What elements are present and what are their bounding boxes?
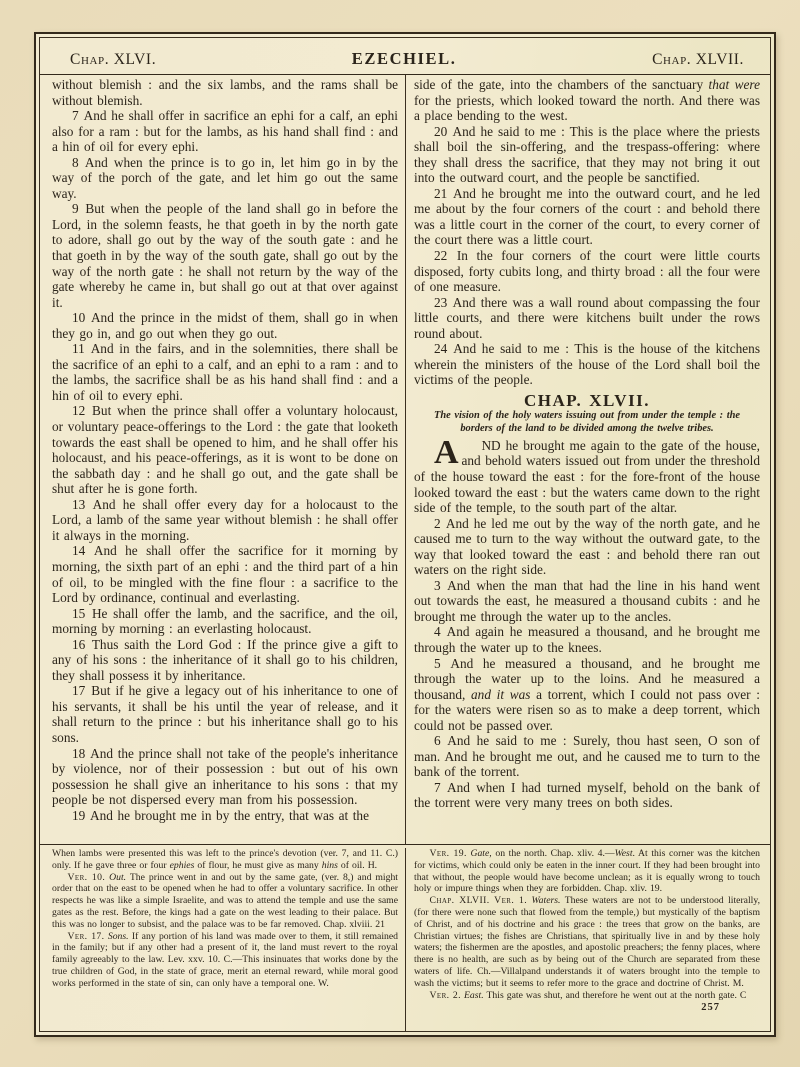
verse-number: 4 (434, 624, 442, 639)
verse-number: 16 (72, 637, 86, 652)
running-header: Chap. XLVI. EZECHIEL. Chap. XLVII. (40, 38, 770, 75)
verse-number: 13 (72, 497, 86, 512)
verse: 17 But if he give a legacy out of his in… (52, 683, 398, 745)
footnote: Ver. 2. East. This gate was shut, and th… (414, 990, 760, 1002)
header-chapter-right: Chap. XLVII. (652, 51, 744, 69)
footnote-verse-label: Ver. 2. (430, 990, 461, 1001)
verse: 24 And he said to me : This is the house… (414, 341, 760, 388)
verse: without blemish : and the six lambs, and… (52, 77, 398, 108)
verse-number: 3 (434, 578, 442, 593)
verse-number: 5 (434, 656, 442, 671)
verse-number: 19 (72, 808, 86, 823)
verse: side of the gate, into the chambers of t… (414, 77, 760, 124)
verse: 11 And in the fairs, and in the solemnit… (52, 341, 398, 403)
verse-number: 12 (72, 403, 86, 418)
verse-number: 18 (72, 746, 86, 761)
chapter-argument: The vision of the holy waters issuing ou… (420, 410, 754, 434)
verse-number: 17 (72, 683, 86, 698)
verse: 7 And when I had turned myself, behold o… (414, 780, 760, 811)
footnote-term: Waters. (531, 895, 560, 906)
chapter-heading: CHAP. XLVII. (414, 393, 760, 409)
footnotes-right-column: Ver. 19. Gate, on the north. Chap. xliv.… (405, 848, 760, 1031)
verse: 22 In the four corners of the court were… (414, 248, 760, 295)
footnotes-right-list: Ver. 19. Gate, on the north. Chap. xliv.… (414, 848, 760, 1001)
footnote-verse-label: Ver. 10. (68, 872, 106, 883)
footnote: Ver. 17. Sons. If any portion of his lan… (52, 931, 398, 990)
verse: 13 And he shall offer every day for a ho… (52, 497, 398, 544)
verse-number: 6 (434, 733, 442, 748)
right-column-verses-ch47: AND he brought me again to the gate of t… (414, 438, 760, 811)
footnote: Ver. 10. Out. The prince went in and out… (52, 872, 398, 931)
verse: 4 And again he measured a thousand, and … (414, 624, 760, 655)
verse-number: 23 (434, 295, 448, 310)
verse-number: 7 (434, 780, 442, 795)
footnote-verse-label: Chap. XLVII. Ver. 1. (430, 895, 528, 906)
verse: 15 He shall offer the lamb, and the sacr… (52, 606, 398, 637)
footnote-term: Out. (109, 872, 126, 883)
footnote-term: Gate, (470, 848, 491, 859)
drop-cap: A (414, 438, 462, 466)
page-number: 257 (414, 1002, 760, 1013)
footnote-term: Sons. (108, 931, 129, 942)
footnote-verse-label: Ver. 19. (430, 848, 467, 859)
verse: 19 And he brought me in by the entry, th… (52, 808, 398, 824)
footnotes-block: When lambs were presented this was left … (40, 844, 770, 1031)
right-column: side of the gate, into the chambers of t… (405, 75, 760, 844)
verse-number: 22 (434, 248, 448, 263)
verse: 12 But when the prince shall offer a vol… (52, 403, 398, 496)
verse-number: 15 (72, 606, 86, 621)
verse: 14 And he shall offer the sacrifice for … (52, 543, 398, 605)
verse: 20 And he said to me : This is the place… (414, 124, 760, 186)
verse: 10 And the prince in the midst of them, … (52, 310, 398, 341)
right-column-verses-top: side of the gate, into the chambers of t… (414, 77, 760, 388)
verse: 9 But when the people of the land shall … (52, 201, 398, 310)
footnote-term: East. (464, 990, 484, 1001)
verse-number: 21 (434, 186, 448, 201)
book-page: Chap. XLVI. EZECHIEL. Chap. XLVII. witho… (34, 32, 776, 1037)
footnote: When lambs were presented this was left … (52, 848, 398, 872)
verse: 8 And when the prince is to go in, let h… (52, 155, 398, 202)
verse-number: 11 (72, 341, 86, 356)
left-column: without blemish : and the six lambs, and… (52, 75, 405, 844)
verse: 7 And he shall offer in sacrifice an eph… (52, 108, 398, 155)
verse-number: 20 (434, 124, 448, 139)
footnote-verse-label: Ver. 17. (68, 931, 105, 942)
verse: 23 And there was a wall round about comp… (414, 295, 760, 342)
header-chapter-left: Chap. XLVI. (70, 51, 156, 69)
verse: AND he brought me again to the gate of t… (414, 438, 760, 516)
verse-number: 10 (72, 310, 86, 325)
verse: 2 And he led me out by the way of the no… (414, 516, 760, 578)
verse-number: 2 (434, 516, 442, 531)
main-text-block: without blemish : and the six lambs, and… (40, 75, 770, 844)
verse-number: 7 (72, 108, 80, 123)
verse-number: 8 (72, 155, 80, 170)
footnotes-left-column: When lambs were presented this was left … (52, 848, 405, 1031)
footnote: Ver. 19. Gate, on the north. Chap. xliv.… (414, 848, 760, 895)
verse: 16 Thus saith the Lord God : If the prin… (52, 637, 398, 684)
verse-number: 14 (72, 543, 86, 558)
footnote: Chap. XLVII. Ver. 1. Waters. These water… (414, 895, 760, 989)
verse: 18 And the prince shall not take of the … (52, 746, 398, 808)
page-border-inner: Chap. XLVI. EZECHIEL. Chap. XLVII. witho… (39, 37, 771, 1032)
verse: 5 And he measured a thousand, and he bro… (414, 656, 760, 734)
verse-number: 24 (434, 341, 448, 356)
verse-number: 9 (72, 201, 80, 216)
verse: 21 And he brought me into the outward co… (414, 186, 760, 248)
verse: 3 And when the man that had the line in … (414, 578, 760, 625)
header-book-title: EZECHIEL. (352, 49, 457, 69)
verse: 6 And he said to me : Surely, thou hast … (414, 733, 760, 780)
